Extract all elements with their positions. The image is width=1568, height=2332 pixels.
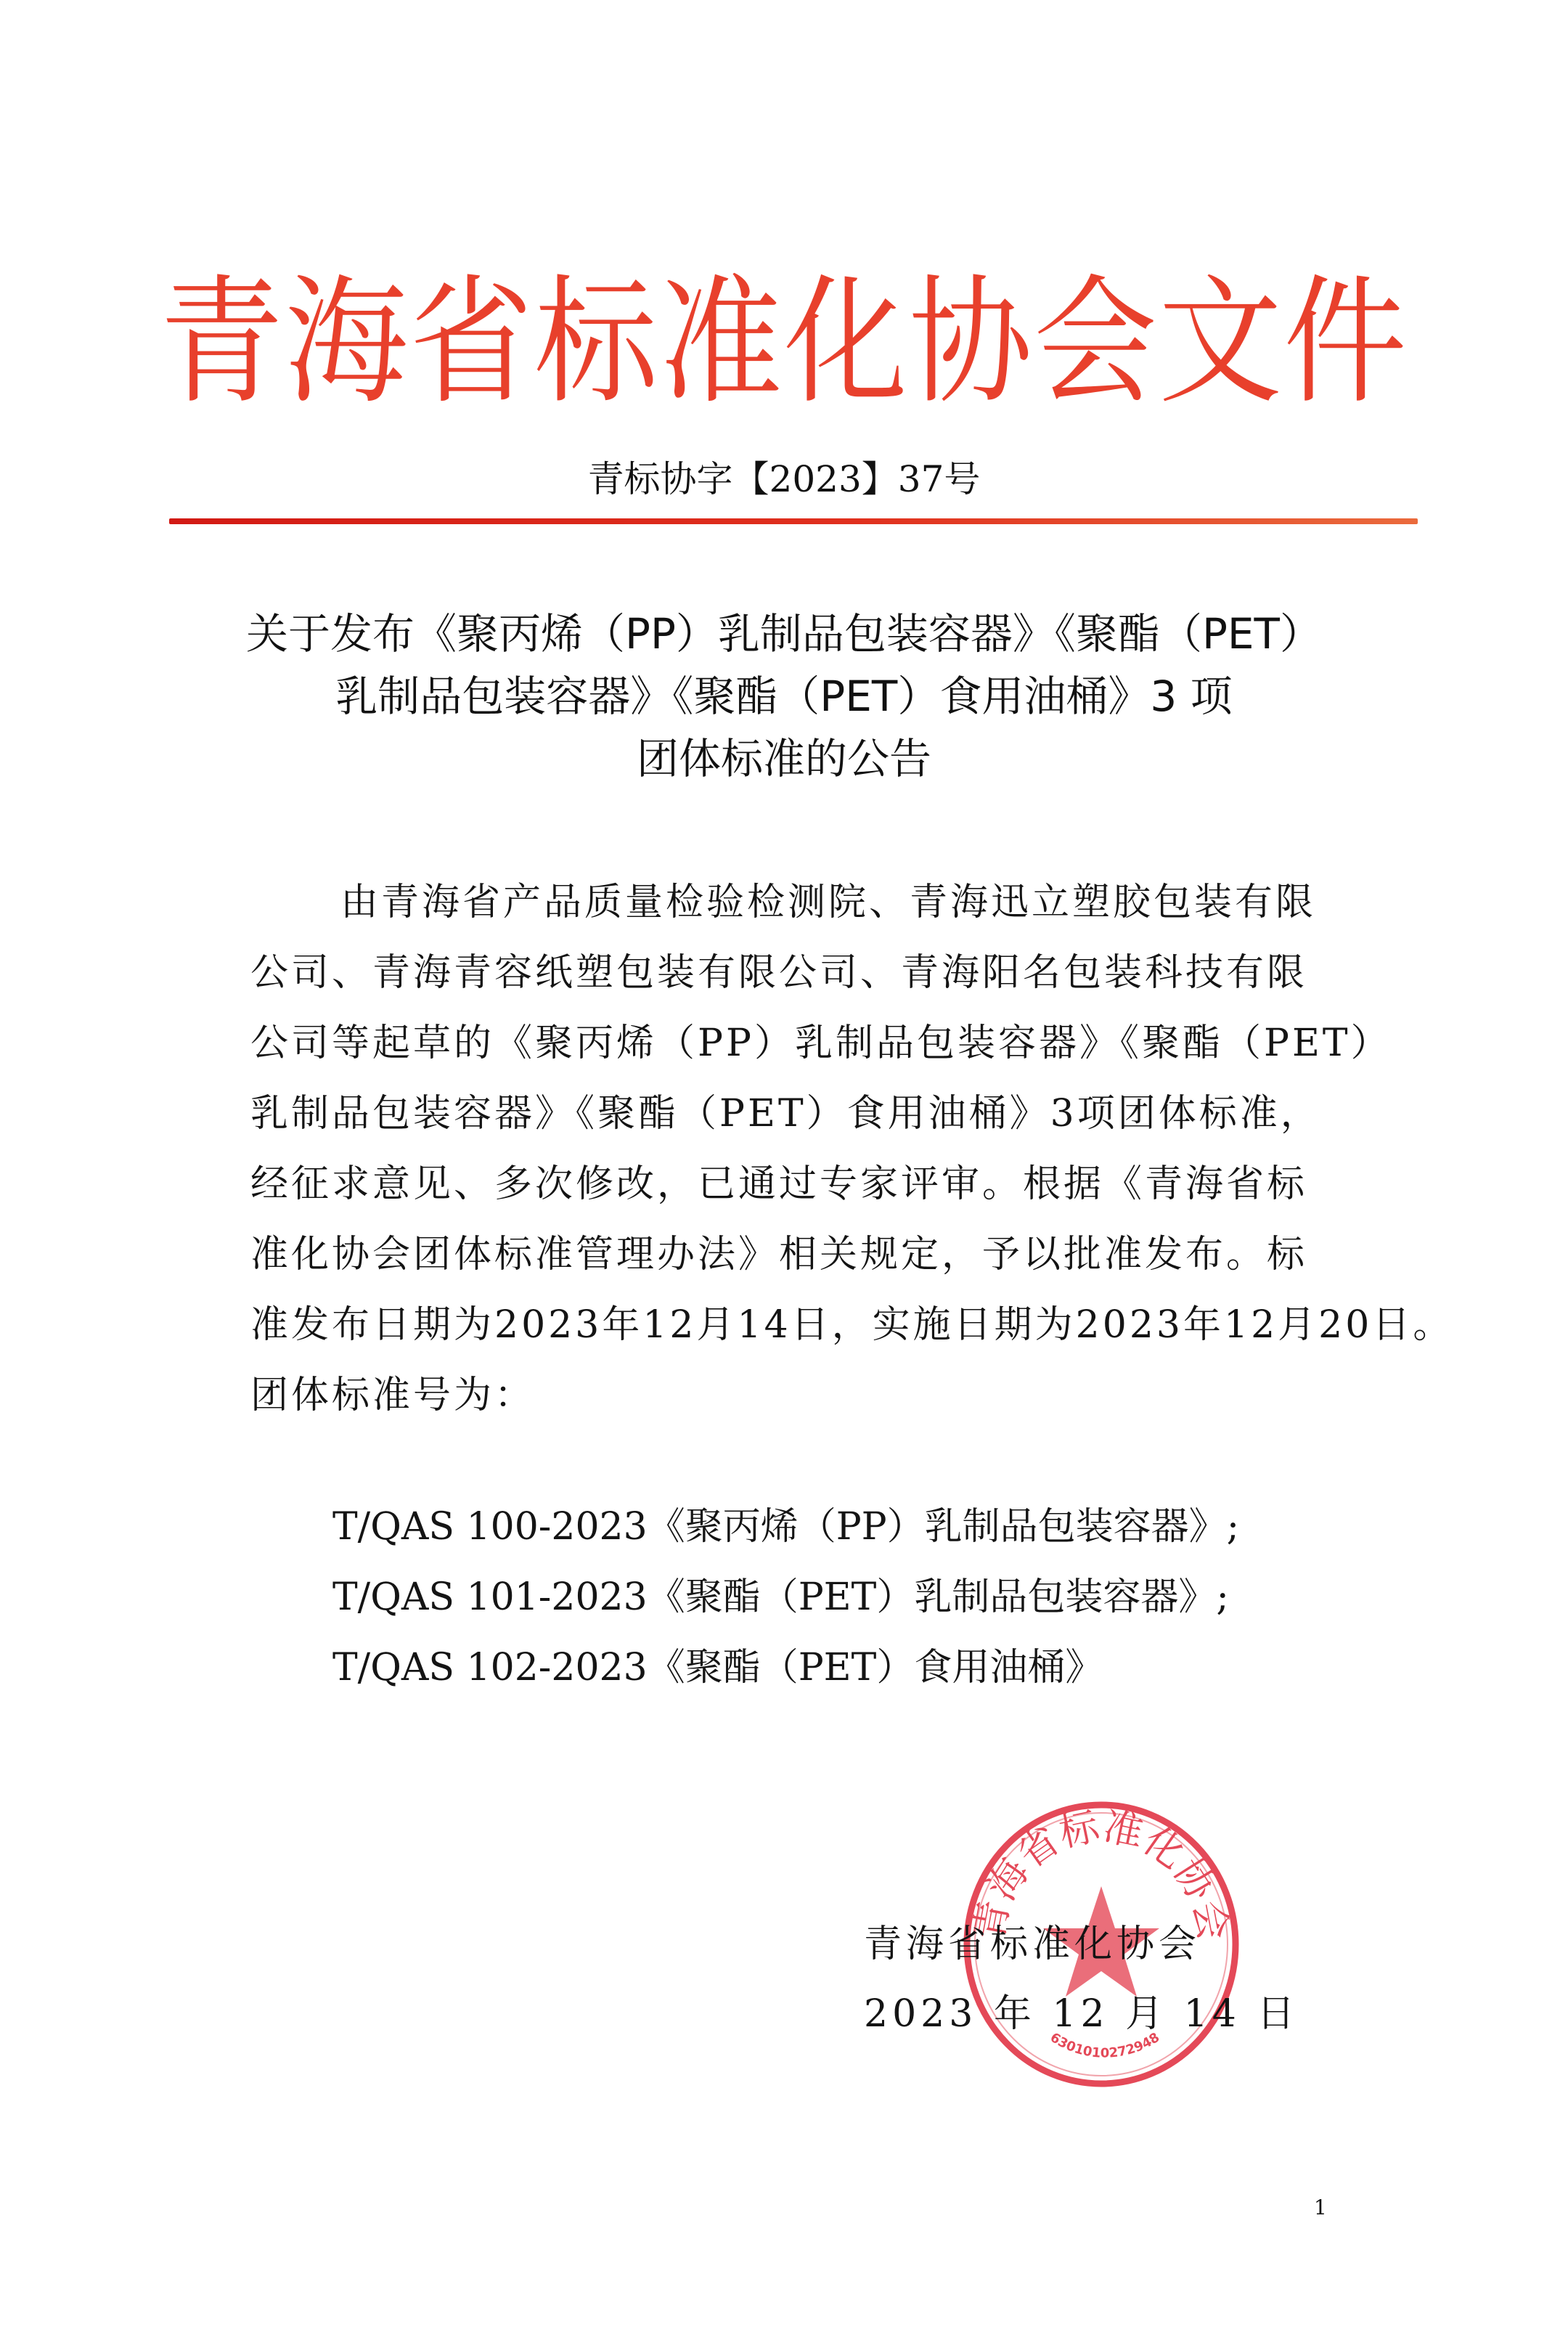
signature-block: 青海省标准化协会 2023 年 12 月 14 日 [864,1909,1299,2049]
body-line: 公司、青海青容纸塑包装有限公司、青海阳名包装科技有限 [250,938,1354,1008]
body-paragraph: 由青海省产品质量检验检测院、青海迅立塑胶包装有限 公司、青海青容纸塑包装有限公司… [250,868,1354,1431]
title-line: 团体标准的公告 [0,727,1568,790]
body-line: 准发布日期为2023年12月14日，实施日期为2023年12月20日。 [250,1290,1354,1361]
title-line: 关于发布《聚丙烯（PP）乳制品包装容器》《聚酯（PET） [0,603,1568,665]
document-number: 青标协字【2023】37号 [0,457,1568,501]
body-line: 经征求意见、多次修改，已通过专家评审。根据《青海省标 [250,1149,1354,1220]
announcement-title: 关于发布《聚丙烯（PP）乳制品包装容器》《聚酯（PET） 乳制品包装容器》《聚酯… [0,603,1568,790]
body-line: 公司等起草的《聚丙烯（PP）乳制品包装容器》《聚酯（PET） [250,1008,1354,1079]
standard-item: T/QAS 102-2023《聚酯（PET）食用油桶》 [332,1633,1239,1703]
body-line: 准化协会团体标准管理办法》相关规定，予以批准发布。标 [250,1220,1354,1290]
body-line: 由青海省产品质量检验检测院、青海迅立塑胶包装有限 [250,868,1354,938]
document-page: 青海省标准化协会文件 青标协字【2023】37号 关于发布《聚丙烯（PP）乳制品… [0,0,1568,2332]
standard-item: T/QAS 101-2023《聚酯（PET）乳制品包装容器》; [332,1562,1239,1633]
masthead-title: 青海省标准化协会文件 [0,261,1568,424]
body-line: 乳制品包装容器》《聚酯（PET）食用油桶》3项团体标准， [250,1079,1354,1149]
standard-item: T/QAS 100-2023《聚丙烯（PP）乳制品包装容器》; [332,1492,1239,1562]
standards-list: T/QAS 100-2023《聚丙烯（PP）乳制品包装容器》; T/QAS 10… [332,1492,1239,1703]
signature-date: 2023 年 12 月 14 日 [864,1979,1299,2049]
body-line: 团体标准号为： [250,1361,1354,1431]
signature-organization: 青海省标准化协会 [864,1909,1299,1979]
title-line: 乳制品包装容器》《聚酯（PET）食用油桶》3 项 [0,665,1568,727]
red-divider-rule [169,518,1418,524]
page-number: 1 [1314,2196,1327,2219]
